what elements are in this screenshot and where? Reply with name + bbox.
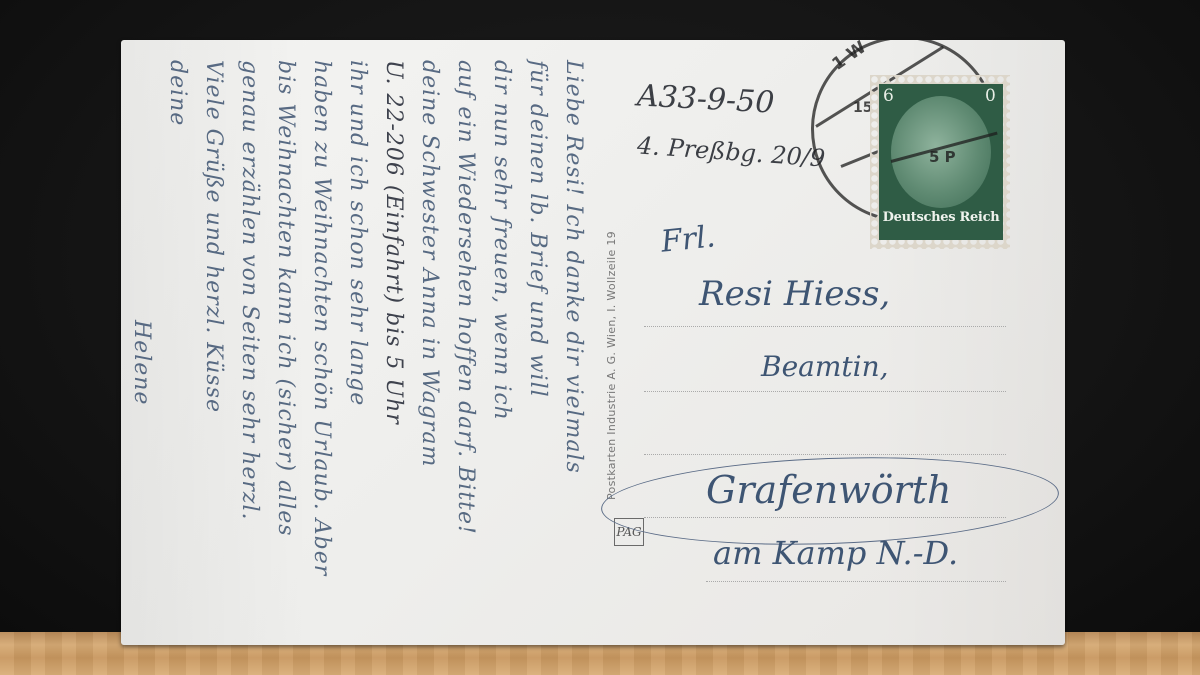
address-line xyxy=(644,391,1006,392)
address-salutation: Frl. xyxy=(659,219,717,259)
address-place: Grafenwörth xyxy=(706,468,952,512)
pencil-note: 4. Preßbg. 20/9 xyxy=(636,131,826,172)
message-line: U. 22-206 (Einfahrt) bis 5 Uhr xyxy=(375,60,411,576)
address-title: Beamtin, xyxy=(761,350,889,383)
message-line: haben zu Weihnachten schön Urlaub. Aber xyxy=(303,60,339,576)
message-line: Liebe Resi! Ich danke dir vielmals xyxy=(555,60,591,576)
message-line: deine xyxy=(159,60,195,576)
address-line xyxy=(644,454,1006,455)
publisher-imprint: Postkarten Industrie A. G. Wien, I. Woll… xyxy=(605,80,618,500)
message-line: für deinen lb. Brief und will xyxy=(519,60,555,576)
message-line: auf ein Wiedersehen hoffen darf. Bitte! xyxy=(447,60,483,576)
message-line: Helene xyxy=(123,60,159,576)
stamp-value: 6 xyxy=(883,86,894,106)
pencil-reference: A33-9-50 xyxy=(636,78,775,120)
stamp-caption: Deutsches Reich xyxy=(879,210,1003,225)
message-line: genau erzählen von Seiten sehr herzl. xyxy=(231,60,267,576)
address-line xyxy=(706,581,1006,582)
stamp-value: 0 xyxy=(985,86,996,106)
message-line: Viele Grüße und herzl. Küsse xyxy=(195,60,231,576)
postcard: Liebe Resi! Ich danke dir vielmals für d… xyxy=(121,40,1065,645)
message-line: deine Schwester Anna in Wagram xyxy=(411,60,447,576)
message-line: dir nun sehr freuen, wenn ich xyxy=(483,60,519,576)
message-line: bis Weihnachten kann ich (sicher) alles xyxy=(267,60,303,576)
address-line xyxy=(644,517,1006,518)
message-line: ihr und ich schon sehr lange xyxy=(339,60,375,576)
address-line xyxy=(644,326,1006,327)
handwritten-message: Liebe Resi! Ich danke dir vielmals für d… xyxy=(141,60,591,620)
address-name: Resi Hiess, xyxy=(699,274,890,314)
address-region: am Kamp N.-D. xyxy=(713,534,958,572)
